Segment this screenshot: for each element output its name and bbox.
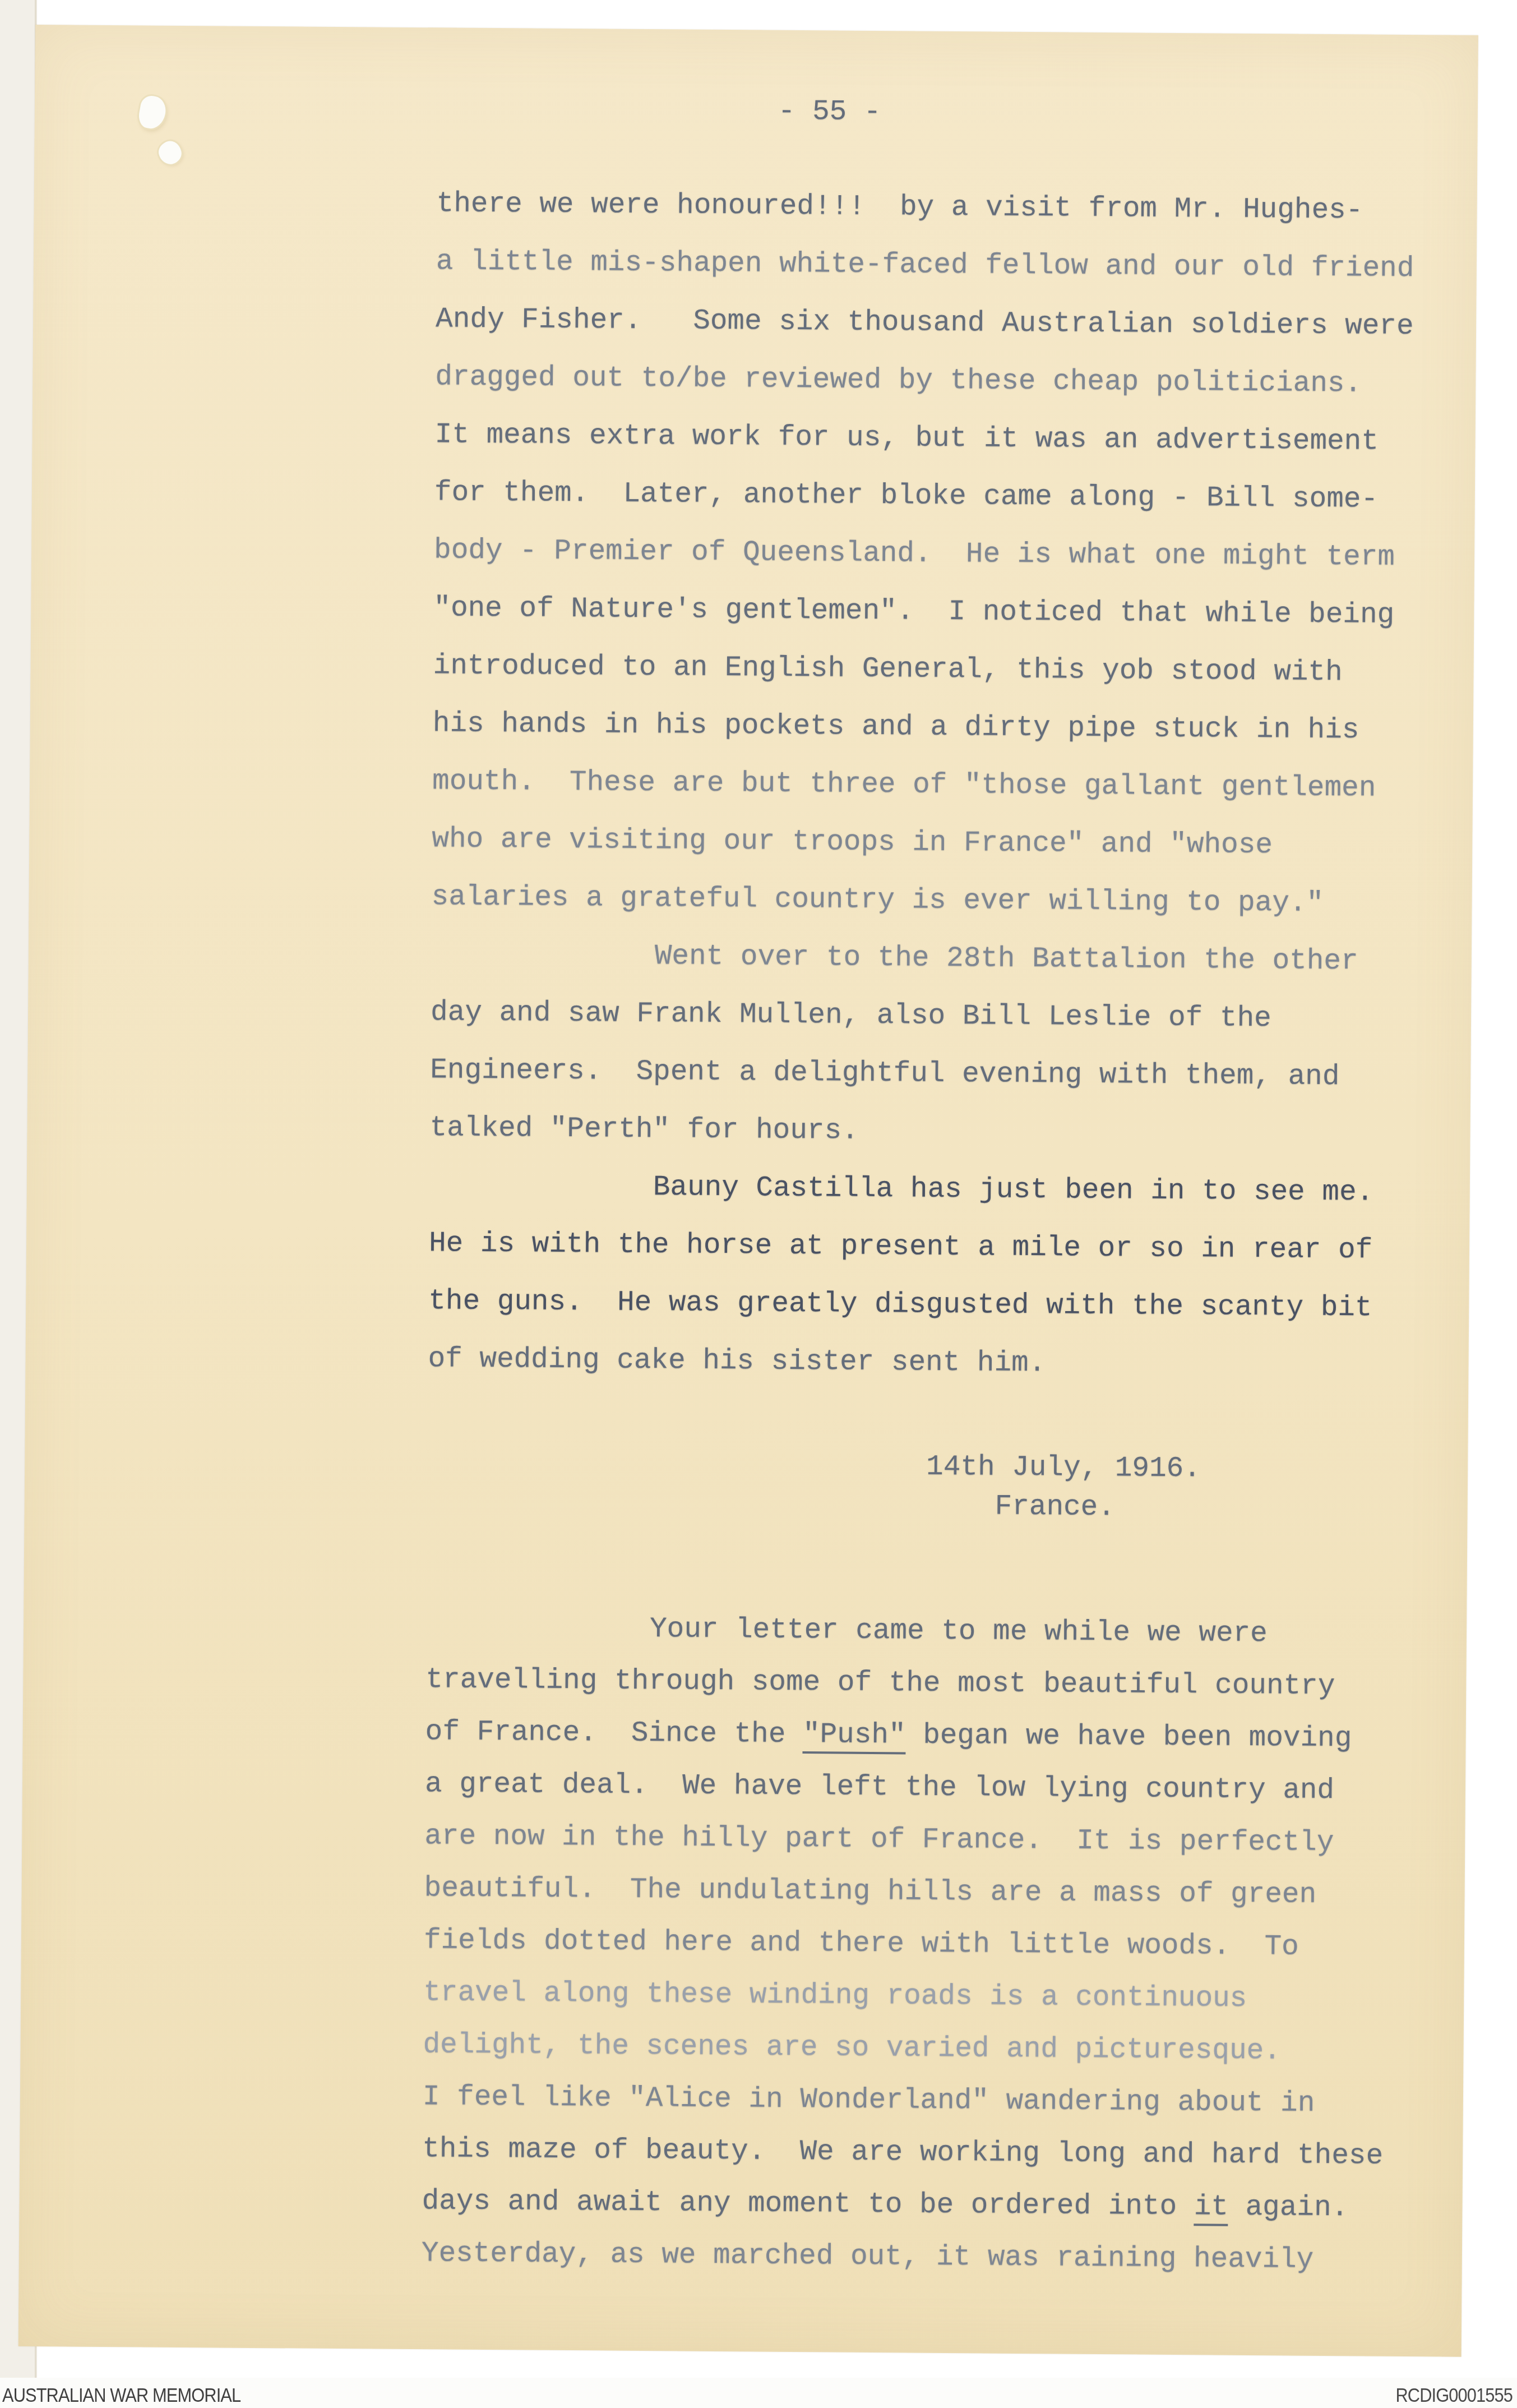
typed-line: body - Premier of Queensland. He is what…: [434, 534, 1395, 574]
typed-line: It means extra work for us, but it was a…: [434, 419, 1379, 458]
typed-line: his hands in his pockets and a dirty pip…: [433, 708, 1359, 747]
typed-text: for them. Later, another bloke came alon…: [434, 477, 1379, 515]
typed-text: the guns. He was greatly disgusted with …: [428, 1285, 1372, 1324]
typed-line: introduced to an English General, this y…: [433, 650, 1342, 689]
typed-text: who are visiting our troops in France" a…: [432, 823, 1273, 861]
typed-line: delight, the scenes are so varied and pi…: [423, 2029, 1281, 2068]
typed-text: a great deal. We have left the low lying…: [425, 1768, 1334, 1807]
archive-name-label: AUSTRALIAN WAR MEMORIAL: [2, 2384, 240, 2407]
typed-line: Went over to the 28th Battalion the othe…: [655, 940, 1358, 978]
typed-text: travel along these winding roads is a co…: [423, 1977, 1247, 2015]
typed-line: who are visiting our troops in France" a…: [432, 823, 1273, 862]
typed-line: beautiful. The undulating hills are a ma…: [424, 1872, 1316, 1912]
typed-text: there we were honoured!!! by a visit fro…: [436, 188, 1363, 227]
typed-text: mouth. These are but three of "those gal…: [432, 765, 1376, 804]
page-number: - 55 -: [778, 96, 881, 129]
typed-line: a great deal. We have left the low lying…: [425, 1768, 1334, 1807]
typed-line: dragged out to/be reviewed by these chea…: [435, 361, 1362, 400]
archive-id-label: RCDIG0001555: [1395, 2384, 1513, 2407]
typed-text: began we have been moving: [905, 1719, 1352, 1755]
typed-text: It means extra work for us, but it was a…: [434, 419, 1379, 458]
typed-text: Bauny Castilla has just been in to see m…: [653, 1171, 1374, 1208]
archive-footer-bar: AUSTRALIAN WAR MEMORIAL RCDIG0001555: [0, 2378, 1517, 2408]
paper-hole-bottom: [156, 139, 184, 167]
typed-line: I feel like "Alice in Wonderland" wander…: [423, 2081, 1315, 2120]
paragraph-block-2: Your letter came to me while we weretrav…: [421, 1612, 1480, 2349]
typed-text: Yesterday, as we marched out, it was rai…: [422, 2238, 1314, 2276]
typed-line: "one of Nature's gentlemen". I noticed t…: [433, 592, 1394, 632]
typed-line: days and await any moment to be ordered …: [422, 2185, 1348, 2225]
typed-text: He is with the horse at present a mile o…: [429, 1228, 1373, 1266]
typed-line: Bauny Castilla has just been in to see m…: [653, 1171, 1374, 1209]
typed-text: dragged out to/be reviewed by these chea…: [435, 361, 1362, 400]
typed-line: this maze of beauty. We are working long…: [422, 2133, 1383, 2173]
typed-line: are now in the hilly part of France. It …: [424, 1820, 1334, 1860]
typed-line: travelling through some of the most beau…: [425, 1664, 1335, 1703]
typed-line: of France. Since the "Push" began we hav…: [425, 1716, 1352, 1755]
typed-text: a little mis-shapen white-faced fellow a…: [436, 246, 1414, 285]
typed-text: of France. Since the: [425, 1716, 803, 1751]
typed-text: Went over to the 28th Battalion the othe…: [655, 940, 1358, 977]
typed-text: beautiful. The undulating hills are a ma…: [424, 1872, 1316, 1911]
typed-line: Engineers. Spent a delightful evening wi…: [430, 1054, 1339, 1094]
typed-line: salaries a grateful country is ever will…: [431, 881, 1324, 920]
place-line: France.: [995, 1491, 1115, 1525]
typed-line: He is with the horse at present a mile o…: [429, 1228, 1373, 1267]
letter-paper: - 55 - there we were honoured!!! by a vi…: [18, 25, 1478, 2357]
typed-line: mouth. These are but three of "those gal…: [432, 765, 1376, 805]
typed-line: day and saw Frank Mullen, also Bill Lesl…: [431, 997, 1271, 1035]
typed-line: Andy Fisher. Some six thousand Australia…: [436, 303, 1414, 343]
typed-line: fields dotted here and there with little…: [424, 1925, 1299, 1963]
typed-text: of wedding cake his sister sent him.: [428, 1343, 1046, 1380]
typed-text: days and await any moment to be ordered …: [422, 2185, 1194, 2223]
typed-text: talked "Perth" for hours.: [429, 1112, 859, 1147]
typed-text: fields dotted here and there with little…: [424, 1925, 1299, 1963]
typed-text: body - Premier of Queensland. He is what…: [434, 534, 1395, 574]
typed-line: travel along these winding roads is a co…: [423, 1977, 1247, 2015]
date-line: 14th July, 1916.: [926, 1451, 1201, 1486]
underlined-word: it: [1194, 2191, 1229, 2226]
typed-text: Andy Fisher. Some six thousand Australia…: [436, 303, 1414, 343]
typed-text: delight, the scenes are so varied and pi…: [423, 2029, 1281, 2067]
typed-line: of wedding cake his sister sent him.: [428, 1343, 1046, 1380]
typed-text: again.: [1228, 2192, 1349, 2225]
typed-text: I feel like "Alice in Wonderland" wander…: [423, 2081, 1315, 2120]
typed-line: talked "Perth" for hours.: [429, 1112, 859, 1148]
typed-line: Yesterday, as we marched out, it was rai…: [422, 2238, 1314, 2277]
typed-text: "one of Nature's gentlemen". I noticed t…: [433, 592, 1394, 631]
typed-text: introduced to an English General, this y…: [433, 650, 1342, 689]
typed-text: this maze of beauty. We are working long…: [422, 2133, 1383, 2172]
typed-line: a little mis-shapen white-faced fellow a…: [436, 246, 1414, 285]
paragraph-block-1: there we were honoured!!! by a visit fro…: [428, 188, 1491, 1418]
typed-text: day and saw Frank Mullen, also Bill Lesl…: [431, 997, 1271, 1035]
typed-text: are now in the hilly part of France. It …: [424, 1820, 1334, 1859]
underlined-word: "Push": [803, 1719, 906, 1754]
typed-text: salaries a grateful country is ever will…: [431, 881, 1324, 920]
typed-text: Engineers. Spent a delightful evening wi…: [430, 1054, 1339, 1093]
typed-line: there we were honoured!!! by a visit fro…: [436, 188, 1363, 227]
typed-text: Your letter came to me while we were: [650, 1613, 1268, 1650]
typed-line: the guns. He was greatly disgusted with …: [428, 1285, 1372, 1325]
typed-text: his hands in his pockets and a dirty pip…: [433, 708, 1359, 746]
typed-line: for them. Later, another bloke came alon…: [434, 477, 1379, 516]
typed-line: Your letter came to me while we were: [650, 1613, 1268, 1650]
typed-text: travelling through some of the most beau…: [425, 1664, 1335, 1703]
paper-hole-top: [137, 94, 168, 131]
